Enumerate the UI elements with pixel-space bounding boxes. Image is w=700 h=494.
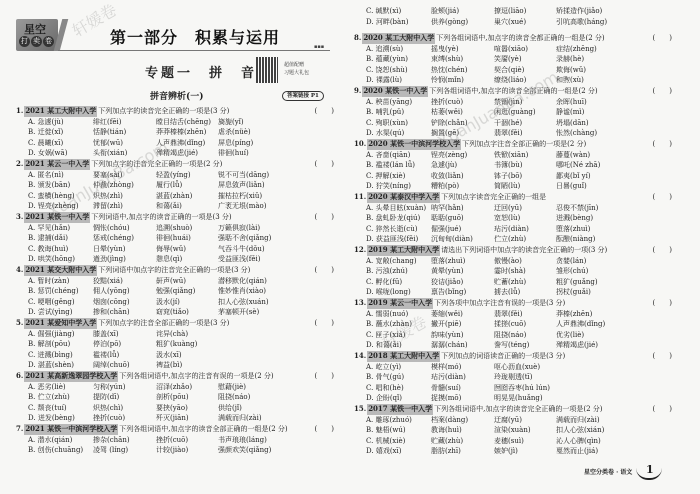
word-pinyin: 和蔼(ǎi) xyxy=(156,201,218,212)
word-pinyin: 屏息敛声(liǎn) xyxy=(218,180,298,191)
answer-option[interactable]: B. 骨气(gú)玷污(diàn)玲珑剔透(tī) xyxy=(354,372,672,383)
question-number: 9. xyxy=(354,86,361,97)
question-block: 9.2020 某铁一中入学下列各组词语中,加点字的读音全部正确的一组是(2 分)… xyxy=(354,86,672,139)
word-pinyin: 闲逛(guàng) xyxy=(494,107,556,118)
word-pinyin: D. 狞笑(níng) xyxy=(366,181,431,192)
answer-option[interactable]: B. 伫立(zhù)提防(dī)剖析(pōu)阻挠(náo) xyxy=(16,392,334,403)
word-pinyin: 教诲(huì) xyxy=(431,425,494,436)
word-pinyin: 迂回(yū) xyxy=(494,203,556,214)
answer-option[interactable]: A. 暂时(zàn)狡黠(xiá)鼾声(wū)潜移默化(qián) xyxy=(16,276,334,287)
answer-blank[interactable]: ( ) xyxy=(315,212,334,223)
word-pinyin: 阻挠(náo) xyxy=(494,330,556,341)
word-pinyin: D. 和蔼(ǎi) xyxy=(366,340,431,351)
word-pinyin: C. 教诲(huì) xyxy=(28,244,93,255)
word-pinyin: 沁人心脾(qìn) xyxy=(556,436,636,447)
word-pinyin: 玲珑剔透(tī) xyxy=(494,372,556,383)
word-pinyin: 矫揉造作(jiǎo) xyxy=(556,6,636,17)
word-pinyin: D. 获益匪浅(fěi) xyxy=(366,234,431,245)
word-pinyin: C. 孵化(fū) xyxy=(366,277,431,288)
word-pinyin: 迂腐(yū) xyxy=(494,415,556,426)
word-pinyin: D. 喉咙(long) xyxy=(366,287,431,298)
word-pinyin: 玷污(diàn) xyxy=(494,224,556,235)
word-pinyin: 模样(mó) xyxy=(431,362,494,373)
question-block: 14.2018 某工大附中入学下列加点的词语读音正确的一项是(3 分)( )A.… xyxy=(354,351,672,404)
answer-option[interactable]: A. 宽敞(chang)堕落(zhuì)傲慢(ào)贪婪(lán) xyxy=(354,256,672,267)
word-pinyin: 迸溅(bèng) xyxy=(556,213,636,224)
word-pinyin: D. 湛蓝(shèn) xyxy=(28,360,93,371)
word-pinyin: 明晃晃(huǎng) xyxy=(494,393,556,404)
word-pinyin: 堕落(zhuì) xyxy=(431,256,494,267)
answer-option[interactable]: A. 头晕目眩(xuàn)呐罕(hǎn)迂回(yū)忍俊不禁(jīn) xyxy=(354,203,672,214)
word-pinyin: 潺潺(chán) xyxy=(431,340,494,351)
question-header: 3.2021 某铁一中入学下列词语中,加点字的读音正确的一项是(3 分)( ) xyxy=(16,212,334,223)
word-pinyin: 撩逗(liāo) xyxy=(494,6,556,17)
word-pinyin: 满载而归(zài) xyxy=(556,415,636,426)
answer-option[interactable]: A. 匿名(nì)要塞(sài)轻盈(yíng)锐不可当(dāng) xyxy=(16,170,334,181)
question-number: 1. xyxy=(16,106,23,117)
question-block: 6.2021 某高新逸翠园学校入学下列各组词语中,加点字的注音有误的一项是(2 … xyxy=(16,371,334,424)
word-pinyin: 欺侮(wǔ) xyxy=(556,65,636,76)
answer-blank[interactable]: ( ) xyxy=(653,86,672,97)
word-pinyin: 潜移默化(qián) xyxy=(218,276,298,287)
question-prompt: 下列各组词语中,加点字的注音有误的一项是(2 分) xyxy=(119,371,273,382)
word-pinyin: 徘徊(huái) xyxy=(156,233,218,244)
word-pinyin: 摇曳(yè) xyxy=(431,44,494,55)
word-pinyin: 气吞斗牛(dǒu) xyxy=(218,244,298,255)
source-tag: 2020 某工大附中入学 xyxy=(362,33,435,44)
word-pinyin: 搁置(gē) xyxy=(431,128,494,139)
question-number: 13. xyxy=(354,298,366,309)
answer-option[interactable]: C. 缄默(xì)脸颊(jiá)撩逗(liāo)矫揉造作(jiǎo) xyxy=(354,6,672,17)
question-block: 13.2019 某云一中入学下列各项中加点字注音有误的一项是(3 分)( )A.… xyxy=(354,298,672,351)
question-prompt: 下列加点字的注音全部正确的一项是(3 分) xyxy=(98,318,229,329)
word-pinyin: 挫折(cuò) xyxy=(431,97,494,108)
answer-option[interactable]: A. 恶劣(liè)匀称(yún)沼泽(zhǎo)慰藉(jiè) xyxy=(16,382,334,393)
word-pinyin: 余晖(huī) xyxy=(556,97,636,108)
exam-page: 星空 打 卖 卷 第一部分 积累与运用 ▪▪▪ 专题一 拼 音 超值配赠 习题大… xyxy=(0,0,700,494)
word-pinyin: B. 哺乳(pǔ) xyxy=(366,107,431,118)
answer-option[interactable]: A. 潜水(qián)掺杂(chān)挫折(cuō)书声琅琅(láng) xyxy=(16,435,334,446)
word-pinyin: 脸颊(jiá) xyxy=(431,6,494,17)
word-pinyin: 巢穴(xué) xyxy=(494,17,556,28)
question-header: 13.2019 某云一中入学下列各项中加点字注音有误的一项是(3 分)( ) xyxy=(354,298,672,309)
question-number: 14. xyxy=(354,351,366,362)
answer-option[interactable]: A. 秧苗(yāng)挫折(cuò)禁锢(jìn)余晖(huī) xyxy=(354,97,672,108)
word-pinyin: 侮辱(wǔ) xyxy=(156,244,218,255)
word-pinyin: 仲裁(zhòng) xyxy=(93,180,156,191)
source-tag: 2021 某爱知中学入学 xyxy=(24,318,97,329)
answer-option[interactable]: C. 晨曦(xī)忧郁(wū)人声鼎沸(dǐng)屏息(píng) xyxy=(16,138,334,149)
word-pinyin: 诧异(chà) xyxy=(156,329,218,340)
word-pinyin: 翡翠(fěi) xyxy=(494,309,556,320)
answer-option[interactable]: C. 教诲(huì)日晕(yùn)侮辱(wǔ)气吞斗牛(dǒu) xyxy=(16,244,334,255)
word-pinyin: 供养(gòng) xyxy=(431,17,494,28)
question-prompt: 请选出下列词语中加点字的读音完全正确的一项(3 分) xyxy=(441,245,607,256)
answer-option[interactable]: A. 雕琢(zhuó)档案(dàng)迂腐(yū)满载而归(zài) xyxy=(354,415,672,426)
question-prompt: 下列加点字注音全部正确的一项是(2 分) xyxy=(462,139,586,150)
word-pinyin: 窈窕(tiǎo) xyxy=(156,307,218,318)
word-pinyin: 症结(zhēng) xyxy=(556,44,636,55)
word-pinyin: B. 蕴藏(yùn) xyxy=(366,54,431,65)
answer-blank[interactable]: ( ) xyxy=(653,298,672,309)
word-pinyin: 广袤无垠(mào) xyxy=(218,201,298,212)
word-pinyin: 提防(dī) xyxy=(93,392,156,403)
word-pinyin: 贮藏(zhù) xyxy=(431,436,494,447)
word-pinyin: 褴褛(lǚ) xyxy=(93,350,156,361)
question-block: 7.2021 某铁一中滨河学校入学下列各组词语中,加点字的读音全部正确的一组是(… xyxy=(16,424,334,456)
source-tag: 2021 某工大附中入学 xyxy=(24,106,97,117)
word-pinyin: A. 暂时(zàn) xyxy=(28,276,93,287)
answer-option[interactable]: C. 匣子(xiá)韵味(yùn)阻挠(náo)优劣(liè) xyxy=(354,330,672,341)
word-pinyin: 干涸(hé) xyxy=(494,118,556,129)
answer-option[interactable]: C. 迸溅(bìng)褴褛(lǚ)汲水(xī) xyxy=(16,350,334,361)
word-pinyin: 糟粕(pò) xyxy=(431,181,494,192)
answer-option[interactable]: C. 饶恕(shù)热忱(chén)契合(qiè)欺侮(wǔ) xyxy=(354,65,672,76)
word-pinyin: 忧郁(wū) xyxy=(93,138,156,149)
word-pinyin: B. 褴褛(lán lǚ) xyxy=(366,160,431,171)
answer-option[interactable]: A. 追溯(sù)摇曳(yè)喧嚣(xiāo)症结(zhēng) xyxy=(354,44,672,55)
word-pinyin: B. 创伤(chuāng) xyxy=(28,445,93,456)
word-pinyin: 静谧(mì) xyxy=(556,107,636,118)
answer-option[interactable]: B. 褴褛(lán lǚ)急遽(jù)书簿(bù)哪吒(Né zhā) xyxy=(354,160,672,171)
word-pinyin: D. 锃亮(zhèng) xyxy=(28,201,93,212)
word-pinyin: C. 匣子(xiá) xyxy=(366,330,431,341)
word-pinyin: 简陋(lù) xyxy=(494,181,556,192)
topic-title: 专题一 拼 音 xyxy=(145,62,257,81)
answer-option[interactable]: C. 殉职(xùn)铲除(chǎn)干涸(hé)坍塌(dān) xyxy=(354,118,672,129)
word-pinyin: 贪婪(lán) xyxy=(556,256,636,267)
qr-caption-line: 超值配赠 xyxy=(284,61,309,69)
question-number: 15. xyxy=(354,404,366,415)
question-number: 8. xyxy=(354,33,361,44)
word-pinyin: B. 迁徙(xǐ) xyxy=(28,127,93,138)
answer-option[interactable]: D. 迸发(bèng)挫折(cuò)歼灭(jiān)满载而归(zài) xyxy=(16,413,334,424)
answer-option[interactable]: B. 惩罚(chéng)佣人(yōng)勉强(qiǎng)惟妙惟肖(xiào) xyxy=(16,286,334,297)
word-pinyin: 贮蓄(zhù) xyxy=(494,277,556,288)
word-pinyin: 书声琅琅(láng) xyxy=(218,435,298,446)
word-pinyin: 捉摸(mō) xyxy=(431,393,494,404)
question-block: 5.2021 某爱知中学入学下列加点字的注音全部正确的一项是(3 分)( )A.… xyxy=(16,318,334,371)
word-pinyin: 粗犷(kuàng) xyxy=(156,339,218,350)
word-pinyin: 束缚(shù) xyxy=(431,54,494,65)
word-pinyin: B. 蘸水(zhàn) xyxy=(366,319,431,330)
answer-option[interactable]: A. 急遽(jù)绯红(fēi)瞠目结舌(chēng)旖旎(yǐ) xyxy=(16,117,334,128)
word-pinyin: 喧嚣(xiāo) xyxy=(494,44,556,55)
answer-option[interactable]: C. 颓丧(tuí)炽热(chì)要挟(yāo)供给(jǐ) xyxy=(16,403,334,414)
logo-dot: 卖 xyxy=(31,36,42,47)
answer-option[interactable]: B. 解剖(pōu)停泊(pō)粗犷(kuàng) xyxy=(16,339,334,350)
answer-option[interactable]: D. 狞笑(níng)糟粕(pò)简陋(lù)日晷(guǐ) xyxy=(354,181,672,192)
word-pinyin: 优劣(liè) xyxy=(556,330,636,341)
answer-option[interactable]: D. 湛蓝(shèn)阔绰(chuō)裨益(bì) xyxy=(16,360,334,371)
question-block: 3.2021 某铁一中入学下列词语中,加点字的读音正确的一项是(3 分)( )A… xyxy=(16,212,334,265)
answer-option[interactable]: D. 锃亮(zhèng)滞留(zhì)和蔼(ǎi)广袤无垠(mào) xyxy=(16,201,334,212)
answer-option[interactable]: A. 倔强(jiàng)膝盖(xī)诧异(chà) xyxy=(16,329,334,340)
answer-option[interactable]: B. 迁徙(xǐ)恬静(tián)莽莽榛榛(zhēn)虐杀(nüè) xyxy=(16,127,334,138)
word-pinyin: 惆怅(chóu) xyxy=(93,223,156,234)
answer-link-badge[interactable]: 答案链接 P1 xyxy=(282,91,324,101)
word-pinyin: 满载而归(zài) xyxy=(218,413,298,424)
word-pinyin: 锃亮(zèng) xyxy=(431,150,494,161)
answer-option[interactable]: A. 罕见(hǎn)惆怅(chóu)追溯(shuò)万籁俱寂(lài) xyxy=(16,223,334,234)
question-header: 2.2021 某云一中入学下列加点字的注音完全正确的一项是(2 分)( ) xyxy=(16,159,334,170)
source-tag: 2020 某铁一中入学 xyxy=(362,86,428,97)
answer-option[interactable]: A. 屹立(yì)模样(mó)呕心沥血(xuè) xyxy=(354,362,672,373)
answer-option[interactable]: A. 懦弱(nuó)萎缩(wěi)翡翠(fěi)莽榛(zhēn) xyxy=(354,309,672,320)
word-pinyin: 脂肪(zhī) xyxy=(431,446,494,457)
word-pinyin: 慰藉(jiè) xyxy=(218,382,298,393)
word-pinyin: 挫折(cuō) xyxy=(156,435,218,446)
header-divider xyxy=(58,50,330,51)
word-pinyin: 屏息(píng) xyxy=(218,138,298,149)
question-header: 10.2020 某铁一中滨河学校入学下列加点字注音全部正确的一项是(2 分)( … xyxy=(354,139,672,150)
word-pinyin: D. 裸露(lù) xyxy=(366,75,431,86)
word-pinyin: 麦穗(suì) xyxy=(494,436,556,447)
word-pinyin: 禁锢(jìn) xyxy=(494,97,556,108)
word-pinyin: A. 急遽(jù) xyxy=(28,117,93,128)
word-pinyin: 伫立(zhù) xyxy=(494,234,556,245)
word-pinyin: D. 水渠(qú) xyxy=(366,128,431,139)
word-pinyin: 湛蓝(zhàn) xyxy=(156,191,218,202)
word-pinyin: 酝酿(niàng) xyxy=(556,234,636,245)
word-pinyin: 要塞(sài) xyxy=(93,170,156,181)
word-pinyin: B. 骨气(gú) xyxy=(366,372,431,383)
word-pinyin: 引吭高歌(háng) xyxy=(556,17,636,28)
word-pinyin: 和煦(xù) xyxy=(556,75,636,86)
answer-option[interactable]: B. 逮捕(dǎi)惩戒(chéng)徘徊(huái)强聒不舍(qiǎng) xyxy=(16,233,334,244)
logo-top-text: 星空 xyxy=(24,21,46,37)
left-column: 星空 打 卖 卷 第一部分 积累与运用 ▪▪▪ 专题一 拼 音 超值配赠 习题大… xyxy=(0,0,350,494)
answer-option[interactable]: D. 喉咙(long)禀告(bǐng)掳去(lǚ)拐杖(guǎi) xyxy=(354,287,672,298)
word-pinyin: 莽莽榛榛(zhēn) xyxy=(156,127,218,138)
word-pinyin: 嫉妒(jì) xyxy=(494,446,556,457)
question-prompt: 下列各组词语中,加点字的读音全都正确的一组是(2 分) xyxy=(436,33,604,44)
answer-option[interactable]: D. 河畔(bàn)供养(gòng)巢穴(xué)引吭高歌(háng) xyxy=(354,17,672,28)
question-prompt: 下列加点的词语读音正确的一项是(3 分) xyxy=(441,351,565,362)
question-prompt: 下列加点字的注音完全正确的一项是(2 分) xyxy=(91,159,222,170)
answer-blank[interactable]: ( ) xyxy=(653,33,672,44)
word-pinyin: A. 懦弱(nuó) xyxy=(366,309,431,320)
answer-blank[interactable]: ( ) xyxy=(315,159,334,170)
answer-blank[interactable]: ( ) xyxy=(653,192,672,203)
word-pinyin: 凌驾 (líng) xyxy=(93,445,156,456)
source-tag: 2020 某铁一中滨河学校入学 xyxy=(367,139,461,150)
word-pinyin: D. 哄笑(hōng) xyxy=(28,254,93,265)
answer-option[interactable]: D. 嬉戏(xī)脂肪(zhī)嫉妒(jì)戛然而止(jiá) xyxy=(354,446,672,457)
word-pinyin: 骨髓(suí) xyxy=(431,383,494,394)
question-header: 12.2019 某工大附中入学请选出下列词语中加点字的读音完全正确的一项(3 分… xyxy=(354,245,672,256)
word-pinyin: 膝盖(xī) xyxy=(93,329,156,340)
word-pinyin: B. 污浊(zhú) xyxy=(366,266,431,277)
word-pinyin: 日晕(yùn) xyxy=(93,244,156,255)
answer-option[interactable]: A. 吝啬(qiān)锃亮(zèng)铁锨(xiān)藤蔓(wàn) xyxy=(354,150,672,161)
answer-option[interactable]: D. 和蔼(ǎi)潺潺(chán)誊写(téng)殚精竭虑(jié) xyxy=(354,340,672,351)
word-pinyin: C. 唱和(hè) xyxy=(366,383,431,394)
answer-option[interactable]: C. 机械(xiè)贮藏(zhù)麦穗(suì)沁人心脾(qìn) xyxy=(354,436,672,447)
answer-blank[interactable]: ( ) xyxy=(653,404,672,415)
word-pinyin: 惩戒(chéng) xyxy=(93,233,156,244)
answer-option[interactable]: B. 哺乳(pǔ)枯萎(wěi)闲逛(guàng)静谧(mì) xyxy=(354,107,672,118)
answer-option[interactable]: B. 蕴藏(yùn)束缚(shù)笑靥(yè)录赫(hè) xyxy=(354,54,672,65)
source-tag: 2021 某高新逸翠园学校入学 xyxy=(24,371,118,382)
word-pinyin: C. 饶恕(shù) xyxy=(366,65,431,76)
answer-option[interactable]: B. 颁发(bān)仲裁(zhòng)履行(lǚ)屏息敛声(liǎn) xyxy=(16,180,334,191)
word-pinyin: C. 迸溅(bìng) xyxy=(28,350,93,361)
question-number: 7. xyxy=(16,424,23,435)
word-pinyin: D. 女娲(wā) xyxy=(28,148,93,159)
answer-option[interactable]: C. 哽咽(gěng)烟囱(cōng)汲水(jí)扣人心弦(xuán) xyxy=(16,297,334,308)
word-pinyin: A. 秧苗(yāng) xyxy=(366,97,431,108)
question-header: 9.2020 某铁一中入学下列各组词语中,加点字的读音全部正确的一组是(2 分)… xyxy=(354,86,672,97)
answer-blank[interactable]: ( ) xyxy=(653,139,672,150)
word-pinyin: A. 雕琢(zhuó) xyxy=(366,415,431,426)
footer-book-title: 星空分类卷 · 语文 xyxy=(584,467,632,476)
word-pinyin: C. 殉职(xùn) xyxy=(366,118,431,129)
word-pinyin: 锐不可当(dāng) xyxy=(218,170,298,181)
word-pinyin: 书簿(bù) xyxy=(494,160,556,171)
question-prompt: 下列各项中加点字注音有误的一项是(3 分) xyxy=(434,298,565,309)
source-tag: 2020 某泰汉中学入学 xyxy=(367,192,440,203)
word-pinyin: C. 机械(xiè) xyxy=(366,436,431,447)
question-header: 7.2021 某铁一中滨河学校入学下列各组词语中,加点字的读音全部正确的一组是(… xyxy=(16,424,334,435)
answer-blank[interactable]: ( ) xyxy=(653,245,672,256)
word-pinyin: 藤蔓(wàn) xyxy=(556,150,636,161)
word-pinyin: 头衔(xián) xyxy=(93,148,156,159)
answer-option[interactable]: B. 污浊(zhú)黄晕(yùn)霎时(shà)雏形(chú) xyxy=(354,266,672,277)
answer-option[interactable]: D. 裸露(lù)怜悯(mǐn)缭绕(liáo)和煦(xù) xyxy=(354,75,672,86)
word-pinyin: 受益匪浅(fěi) xyxy=(218,254,298,265)
answer-option[interactable]: C. 押解(xiè)收敛(liǎn)钵子(bō)鄙夷(bǐ yí) xyxy=(354,171,672,182)
answer-option[interactable]: C. 猝然长逝(cù)倔强(jué)玷污(diàn)堕落(zhuì) xyxy=(354,224,672,235)
answer-option[interactable]: B. 蘸水(zhàn)撇开(piē)揉搓(cuō)人声鼎沸(dǐng) xyxy=(354,319,672,330)
question-number: 6. xyxy=(16,371,23,382)
publisher-logo: 星空 打 卖 卷 xyxy=(16,19,58,51)
word-pinyin: 莽榛(zhēn) xyxy=(556,309,636,320)
answer-blank[interactable]: ( ) xyxy=(653,351,672,362)
word-pinyin: 怜悯(mǐn) xyxy=(431,75,494,86)
word-pinyin: 虐杀(nüè) xyxy=(218,127,298,138)
word-pinyin: 铁锨(xiān) xyxy=(494,150,556,161)
word-pinyin: 铲除(chǎn) xyxy=(431,118,494,129)
answer-blank[interactable]: ( ) xyxy=(315,371,334,382)
question-prompt: 下列各组词语中,加点字的读音全部正确的一组是(2 分) xyxy=(429,86,597,97)
word-pinyin: 遒劲(jìng) xyxy=(93,254,156,265)
question-header: 5.2021 某爱知中学入学下列加点字的注音全部正确的一项是(3 分)( ) xyxy=(16,318,334,329)
word-pinyin: 供给(jǐ) xyxy=(218,403,298,414)
answer-option[interactable]: D. 企盼(qǐ)捉摸(mō)明晃晃(huǎng) xyxy=(354,393,672,404)
word-pinyin: 堕落(zhuì) xyxy=(556,224,636,235)
word-pinyin: 禀告(bǐng) xyxy=(431,287,494,298)
word-pinyin: 挫折(cuò) xyxy=(93,413,156,424)
question-block: 10.2020 某铁一中滨河学校入学下列加点字注音全部正确的一项是(2 分)( … xyxy=(354,139,672,192)
word-pinyin: 坍塌(dān) xyxy=(556,118,636,129)
word-pinyin: 狡黠(xiá) xyxy=(93,276,156,287)
word-pinyin: 萎缩(wěi) xyxy=(431,309,494,320)
answer-option[interactable]: D. 哄笑(hōng)遒劲(jìng)憩息(qì)受益匪浅(fěi) xyxy=(16,254,334,265)
answer-option[interactable]: C. 唱和(hè)骨髓(suí)囫囵吞枣(hú lún) xyxy=(354,383,672,394)
answer-option[interactable]: D. 尝试(yìng)掺和(chān)窈窕(tiǎo)茅塞顿开(sè) xyxy=(16,307,334,318)
answer-option[interactable]: C. 蛮横(hèng)炽热(zhì)湛蓝(zhàn)摧枯拉朽(xiǔ) xyxy=(16,191,334,202)
answer-option[interactable]: D. 水渠(qú)搁置(gē)翡翠(fěi)怅然(chàng) xyxy=(354,128,672,139)
word-pinyin: C. 猝然长逝(cù) xyxy=(366,224,431,235)
word-pinyin: 黄晕(yùn) xyxy=(431,266,494,277)
source-tag: 2019 某工大附中入学 xyxy=(367,245,440,256)
word-pinyin: 裨益(bì) xyxy=(156,360,218,371)
word-pinyin: 剖析(pōu) xyxy=(156,392,218,403)
word-pinyin: B. 解剖(pōu) xyxy=(28,339,93,350)
answer-option[interactable]: D. 女娲(wā)头衔(xián)殚精竭虑(jié)徘徊(huí) xyxy=(16,148,334,159)
word-pinyin: D. 尝试(yìng) xyxy=(28,307,93,318)
word-pinyin: 扣人心弦(xián) xyxy=(556,425,636,436)
word-pinyin: C. 蛮横(hèng) xyxy=(28,191,93,202)
word-pinyin: 摧枯拉朽(xiǔ) xyxy=(218,191,298,202)
corner-mark: ▪▪▪ xyxy=(314,44,324,50)
word-pinyin: 汲水(jí) xyxy=(156,297,218,308)
word-pinyin: 佣人(yōng) xyxy=(93,286,156,297)
question-header: 8.2020 某工大附中入学下列各组词语中,加点字的读音全都正确的一组是(2 分… xyxy=(354,33,672,44)
word-pinyin: 笑靥(yè) xyxy=(494,54,556,65)
word-pinyin: 揉搓(cuō) xyxy=(494,319,556,330)
word-pinyin: 阻挠(náo) xyxy=(218,392,298,403)
answer-option[interactable]: B. 魅梧(wú)教诲(huì)渲染(xuàn)扣人心弦(xián) xyxy=(354,425,672,436)
word-pinyin: 强聒不舍(qiǎng) xyxy=(218,233,298,244)
answer-option[interactable]: D. 获益匪浅(fěi)沉甸甸(diàn)伫立(zhù)酝酿(niàng) xyxy=(354,234,672,245)
word-pinyin: 滞留(zhì) xyxy=(93,201,156,212)
question-prompt: 下列各组词语中,加点字的读音全部正确的一组是(2 分) xyxy=(119,424,287,435)
question-number: 5. xyxy=(16,318,23,329)
word-pinyin: 追溯(shuò) xyxy=(156,223,218,234)
question-header: 6.2021 某高新逸翠园学校入学下列各组词语中,加点字的注音有误的一项是(2 … xyxy=(16,371,334,382)
question-header: 4.2021 某交大附中入学下列词语中加点字的注音完全正确的一项是(3 分)( … xyxy=(16,265,334,276)
word-pinyin: 契合(qiè) xyxy=(494,65,556,76)
word-pinyin: 鄙夷(bǐ yí) xyxy=(556,171,636,182)
answer-option[interactable]: B. 创伤(chuāng)凌驾 (líng)计较(jiào)强颜欢笑(qiǎng… xyxy=(16,445,334,456)
word-pinyin: 日晷(guǐ) xyxy=(556,181,636,192)
answer-blank[interactable]: ( ) xyxy=(315,106,334,117)
word-pinyin: B. 逮捕(dǎi) xyxy=(28,233,93,244)
question-block: 1.2021 某工大附中入学下列加点字的读音完全正确的一项是(3 分)( )A.… xyxy=(16,106,334,159)
word-pinyin: 掺杂(chān) xyxy=(93,435,156,446)
word-pinyin: 掳去(lǚ) xyxy=(494,287,556,298)
word-pinyin: 枯萎(wěi) xyxy=(431,107,494,118)
word-pinyin: 收敛(liǎn) xyxy=(431,171,494,182)
word-pinyin: 急遽(jù) xyxy=(431,160,494,171)
word-pinyin: 沉甸甸(diàn) xyxy=(431,234,494,245)
word-pinyin: 档案(dàng) xyxy=(431,415,494,426)
word-pinyin: 哪吒(Né zhā) xyxy=(556,160,636,171)
answer-option[interactable]: B. 盘虬卧龙(qiú)聒聒(guō)宽恕(lù)迸溅(bèng) xyxy=(354,213,672,224)
word-pinyin: 粗犷(guǎng) xyxy=(556,277,636,288)
source-tag: 2021 某云一中入学 xyxy=(24,159,90,170)
word-pinyin: A. 罕见(hǎn) xyxy=(28,223,93,234)
qr-code-icon[interactable] xyxy=(256,57,278,83)
answer-option[interactable]: C. 孵化(fū)狡诘(jiǎo)贮蓄(zhù)粗犷(guǎng) xyxy=(354,277,672,288)
question-prompt: 下列词语中,加点字的读音正确的一项是(3 分) xyxy=(91,212,231,223)
answer-blank[interactable]: ( ) xyxy=(315,265,334,276)
word-pinyin: 停泊(pō) xyxy=(93,339,156,350)
word-pinyin: 殚精竭虑(jié) xyxy=(156,148,218,159)
answer-blank[interactable]: ( ) xyxy=(315,318,334,329)
word-pinyin: 瞠目结舌(chēng) xyxy=(156,117,218,128)
word-pinyin: A. 吝啬(qiān) xyxy=(366,150,431,161)
word-pinyin: 憩息(qì) xyxy=(156,254,218,265)
word-pinyin: A. 潜水(qián) xyxy=(28,435,93,446)
word-pinyin: 呐罕(hǎn) xyxy=(431,203,494,214)
word-pinyin: 韵味(yùn) xyxy=(431,330,494,341)
word-pinyin: 撇开(piē) xyxy=(431,319,494,330)
answer-blank[interactable]: ( ) xyxy=(315,424,334,435)
question-number: 11. xyxy=(354,192,366,203)
